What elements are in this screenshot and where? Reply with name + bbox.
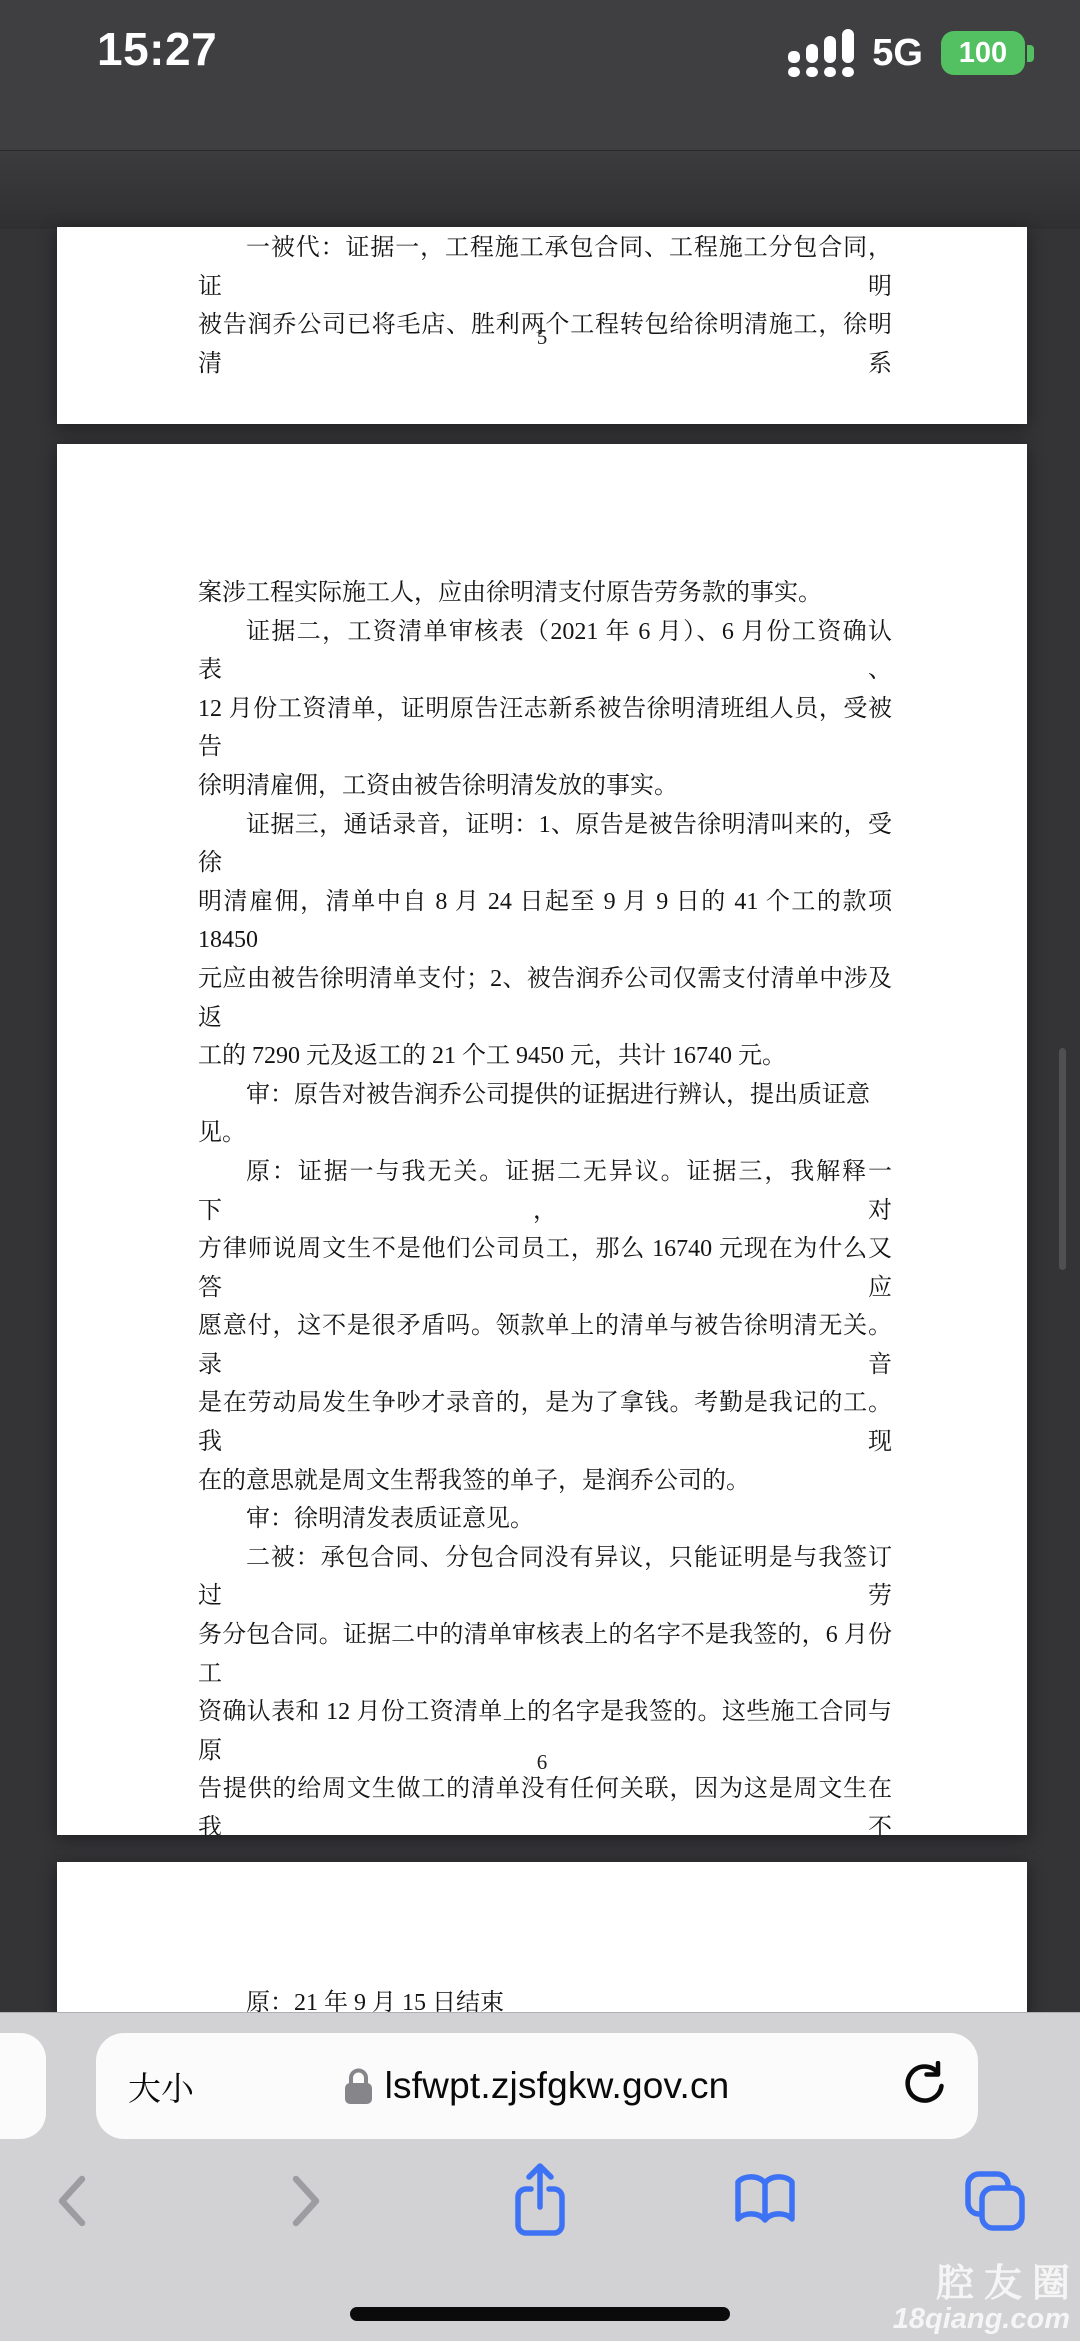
document-text-line: 方律师说周文生不是他们公司员工，那么 16740 元现在为什么又答应 <box>198 1230 892 1307</box>
document-text-line: 在的意思就是周文生帮我签的单子，是润乔公司的。 <box>198 1462 892 1501</box>
watermark-title: 腔友圈 <box>893 2264 1080 2306</box>
watermark-domain: 18qiang.com <box>893 2304 1070 2336</box>
safari-bottom-bar: 大小 lsfwpt.zjsfgkw.gov.cn <box>0 2012 1080 2341</box>
status-right-cluster: 5G 100 <box>788 28 1034 78</box>
address-bar[interactable]: 大小 lsfwpt.zjsfgkw.gov.cn <box>96 2033 978 2139</box>
document-text-line: 证据三，通话录音，证明：1、原告是被告徐明清叫来的，受徐 <box>198 806 892 883</box>
battery-body: 100 <box>941 31 1025 75</box>
status-bar: 15:27 5G 100 <box>0 0 1080 150</box>
watermark: 腔友圈 18qiang.com <box>893 2264 1070 2336</box>
previous-tab-peek[interactable] <box>0 2033 46 2139</box>
document-text-line: 一被代：证据一，工程施工承包合同、工程施工分包合同，证明 <box>198 229 892 306</box>
back-button[interactable] <box>57 2175 87 2227</box>
page-6-number: 6 <box>57 1750 1027 1775</box>
document-text-line: 审：徐明清发表质证意见。 <box>198 1500 892 1539</box>
document-text-line: 是在劳动局发生争吵才录音的，是为了拿钱。考勤是我记的工。我现 <box>198 1384 892 1461</box>
document-text-line: 徐明清雇佣，工资由被告徐明清发放的事实。 <box>198 767 892 806</box>
battery-nub <box>1027 45 1034 62</box>
page-settings-button[interactable]: 大小 <box>128 2063 194 2110</box>
address-bar-center: lsfwpt.zjsfgkw.gov.cn <box>345 2065 730 2107</box>
pdf-page-7: 原：21 年 9 月 15 日结束 <box>57 1862 1027 2022</box>
document-text-line: 元应由被告徐明清单支付；2、被告润乔公司仅需支付清单中涉及返 <box>198 960 892 1037</box>
document-text-line: 审：原告对被告润乔公司提供的证据进行辨认，提出质证意见。 <box>198 1076 892 1153</box>
document-text-line: 告提供的给周文生做工的清单没有任何关联，因为这是周文生在我不 <box>198 1770 892 1835</box>
document-text-line: 案涉工程实际施工人，应由徐明清支付原告劳务款的事实。 <box>198 574 892 613</box>
pdf-page-6: 案涉工程实际施工人，应由徐明清支付原告劳务款的事实。证据二，工资清单审核表（20… <box>57 444 1027 1835</box>
scrollbar-thumb[interactable] <box>1059 1048 1066 1270</box>
home-indicator[interactable] <box>350 2307 730 2321</box>
page-7-text: 原：21 年 9 月 15 日结束 <box>57 1862 1027 2022</box>
document-text-line: 证据二，工资清单审核表（2021 年 6 月）、6 月份工资确认表、 <box>198 613 892 690</box>
document-text-line: 12 月份工资清单，证明原告汪志新系被告徐明清班组人员，受被告 <box>198 690 892 767</box>
battery-indicator: 100 <box>941 31 1034 75</box>
cellular-signal-icon <box>788 29 854 77</box>
document-text-line: 工的 7290 元及返工的 21 个工 9450 元，共计 16740 元。 <box>198 1037 892 1076</box>
page-6-text: 案涉工程实际施工人，应由徐明清支付原告劳务款的事实。证据二，工资清单审核表（20… <box>57 444 1027 1835</box>
bookmarks-icon[interactable] <box>732 2171 798 2231</box>
document-text-line: 愿意付，这不是很矛盾吗。领款单上的清单与被告徐明清无关。录音 <box>198 1307 892 1384</box>
lock-icon <box>345 2068 372 2104</box>
document-text-line: 原：证据一与我无关。证据二无异议。证据三，我解释一下，对 <box>198 1153 892 1230</box>
status-time: 15:27 <box>97 22 217 76</box>
forward-button[interactable] <box>291 2175 321 2227</box>
reload-icon[interactable] <box>900 2061 948 2111</box>
document-text-line: 明清雇佣，清单中自 8 月 24 日起至 9 月 9 日的 41 个工的款项 1… <box>198 883 892 960</box>
document-text-line: 务分包合同。证据二中的清单审核表上的名字不是我签的，6 月份工 <box>198 1616 892 1693</box>
share-icon[interactable] <box>510 2161 570 2241</box>
collapsed-toolbar-band <box>0 150 1080 229</box>
document-text-line: 二被：承包合同、分包合同没有异议，只能证明是与我签订过劳 <box>198 1539 892 1616</box>
tabs-icon[interactable] <box>963 2169 1027 2233</box>
url-text: lsfwpt.zjsfgkw.gov.cn <box>385 2065 730 2107</box>
network-type-label: 5G <box>872 32 923 75</box>
battery-percent: 100 <box>959 37 1007 70</box>
page-5-number: 5 <box>57 325 1027 350</box>
page-5-text: 一被代：证据一，工程施工承包合同、工程施工分包合同，证明被告润乔公司已将毛店、胜… <box>57 227 1027 383</box>
pdf-page-5: 一被代：证据一，工程施工承包合同、工程施工分包合同，证明被告润乔公司已将毛店、胜… <box>57 227 1027 424</box>
